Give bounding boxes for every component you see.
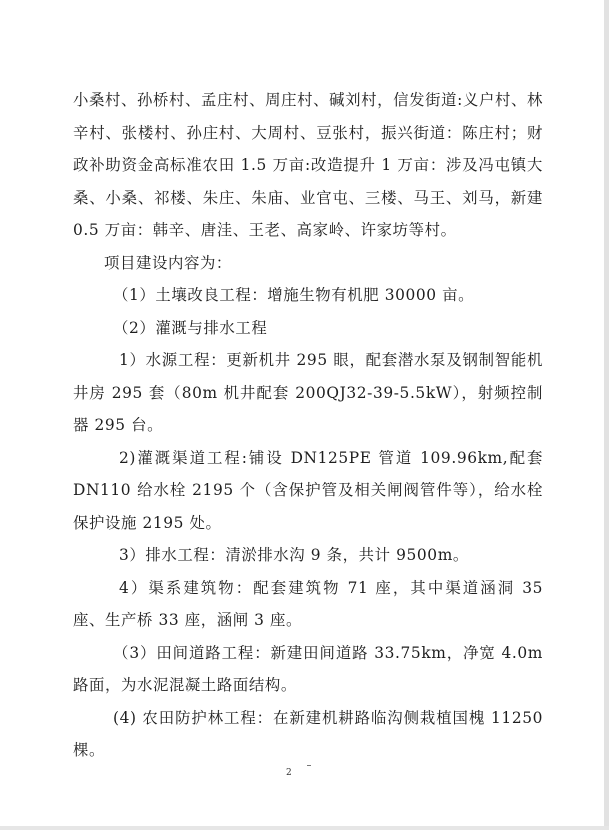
paragraph-canal-structures: 4）渠系建筑物：配套建筑物 71 座，其中渠道涵洞 35 座、生产桥 33 座，… — [73, 572, 543, 637]
paragraph-construction-intro: 项目建设内容为： — [73, 247, 543, 280]
paragraph-soil-improvement: （1）土壤改良工程：增施生物有机肥 30000 亩。 — [73, 279, 543, 312]
page-edge-bottom — [0, 826, 609, 830]
paragraph-irrigation-channel: 2)灌溉渠道工程:铺设 DN125PE 管道 109.96km,配套 DN110… — [73, 442, 543, 540]
paragraph-water-source: 1）水源工程：更新机井 295 眼，配套潜水泵及钢制智能机井房 295 套（80… — [73, 344, 543, 442]
paragraph-field-roads: （3）田间道路工程：新建田间道路 33.75km，净宽 4.0m 路面，为水泥混… — [73, 637, 543, 702]
paragraph-shelterbelt: (4) 农田防护林工程：在新建机耕路临沟侧栽植国槐 11250 棵。 — [73, 702, 543, 767]
scan-mark — [307, 765, 311, 766]
paragraph-drainage: 3）排水工程：清淤排水沟 9 条，共计 9500m。 — [73, 539, 543, 572]
paragraph-irrigation-drainage-heading: （2）灌溉与排水工程 — [73, 312, 543, 345]
page-edge-right — [604, 0, 609, 830]
document-body: 小桑村、孙桥村、孟庄村、周庄村、碱刘村，信发街道:义户村、林辛村、张楼村、孙庄村… — [73, 84, 543, 767]
paragraph-village-list: 小桑村、孙桥村、孟庄村、周庄村、碱刘村，信发街道:义户村、林辛村、张楼村、孙庄村… — [73, 84, 543, 247]
page-number: 2 — [286, 768, 292, 778]
document-page: 小桑村、孙桥村、孟庄村、周庄村、碱刘村，信发街道:义户村、林辛村、张楼村、孙庄村… — [0, 0, 604, 826]
